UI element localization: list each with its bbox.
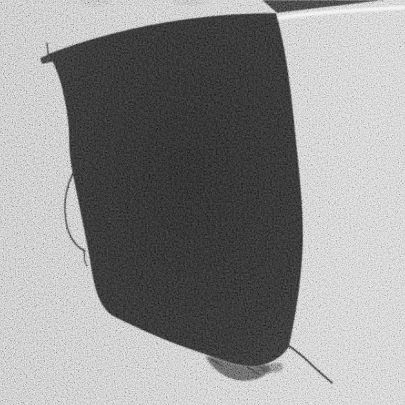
photo-shapes — [0, 0, 405, 405]
loose-thread-corner — [289, 346, 332, 383]
top-edge-smudge — [80, 0, 110, 6]
flag-cloth — [48, 13, 303, 366]
top-edge-smudge — [173, 0, 207, 6]
photo-frame — [0, 0, 405, 405]
